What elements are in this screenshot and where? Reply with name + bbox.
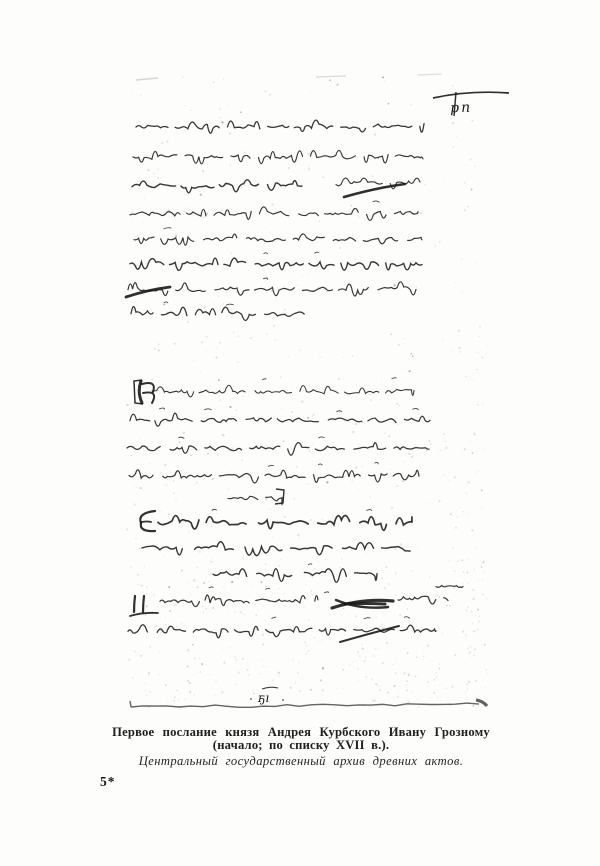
figure-caption: Первое послание князя Андрея Курбского И… [54, 726, 548, 768]
manuscript-line [213, 569, 377, 583]
superscript-marks [212, 509, 372, 510]
ink-flourish [345, 604, 385, 605]
superscript-marks [179, 437, 325, 439]
manuscript-line [228, 496, 282, 504]
manuscript-line [131, 307, 314, 321]
text-block-closing-passage [128, 587, 448, 638]
photo-corner [476, 700, 487, 706]
ink-flourish [134, 596, 135, 612]
manuscript-line [129, 470, 419, 483]
manuscript-line [134, 234, 422, 245]
superscript-marks [308, 564, 312, 565]
folio-mark-bottom: ҕı [250, 687, 284, 705]
superscript-marks [268, 462, 379, 466]
manuscript-line [336, 178, 420, 189]
manuscript-line [128, 282, 416, 296]
manuscript-line [130, 413, 430, 426]
manuscript-line [130, 207, 418, 221]
caption-credit: Центральный государственный архив древни… [54, 754, 548, 768]
superscript-marks [373, 201, 380, 202]
page-signature: 5* [100, 774, 116, 790]
ink-flourish [143, 392, 154, 403]
svg-text:ҕı: ҕı [257, 691, 269, 705]
manuscript-line [128, 625, 436, 638]
text-block-opening-passage [128, 120, 424, 320]
ink-flourish [142, 522, 151, 523]
caption-title-line2: (начало; по списку XVII в.). [54, 739, 548, 752]
manuscript-line [130, 258, 422, 270]
manuscript-line [152, 385, 414, 397]
folio-mark-top: рп [433, 92, 509, 116]
manuscript-line [158, 516, 412, 531]
book-page: рпҕı Первое послание князя Андрея Курбск… [0, 0, 600, 866]
ink-flourish [344, 184, 405, 197]
superscript-marks [164, 228, 172, 229]
superscript-marks [209, 587, 329, 593]
text-block-margin-note [436, 586, 463, 588]
text-block-bracketed-passage [127, 378, 430, 505]
photo-bottom-edge [130, 701, 479, 707]
ink-flourish [340, 626, 399, 642]
svg-text:рп: рп [450, 100, 473, 117]
manuscript-line [132, 180, 302, 193]
ink-flourish [143, 596, 144, 612]
manuscript-line [160, 595, 318, 607]
ink-flourish [141, 523, 155, 531]
superscript-marks [264, 252, 320, 254]
editorial-bracket [275, 489, 284, 504]
manuscript-line [398, 596, 448, 604]
ink-flourish [130, 613, 158, 616]
manuscript-line [436, 586, 463, 588]
manuscript-line [142, 542, 410, 556]
photo-smudges [136, 74, 442, 80]
text-block-epistle-heading [142, 509, 412, 582]
superscript-marks [263, 278, 267, 280]
manuscript-line [136, 120, 424, 133]
superscript-marks [271, 617, 409, 619]
superscript-marks [159, 408, 418, 412]
manuscript-line [127, 443, 429, 456]
manuscript-line [133, 150, 423, 163]
